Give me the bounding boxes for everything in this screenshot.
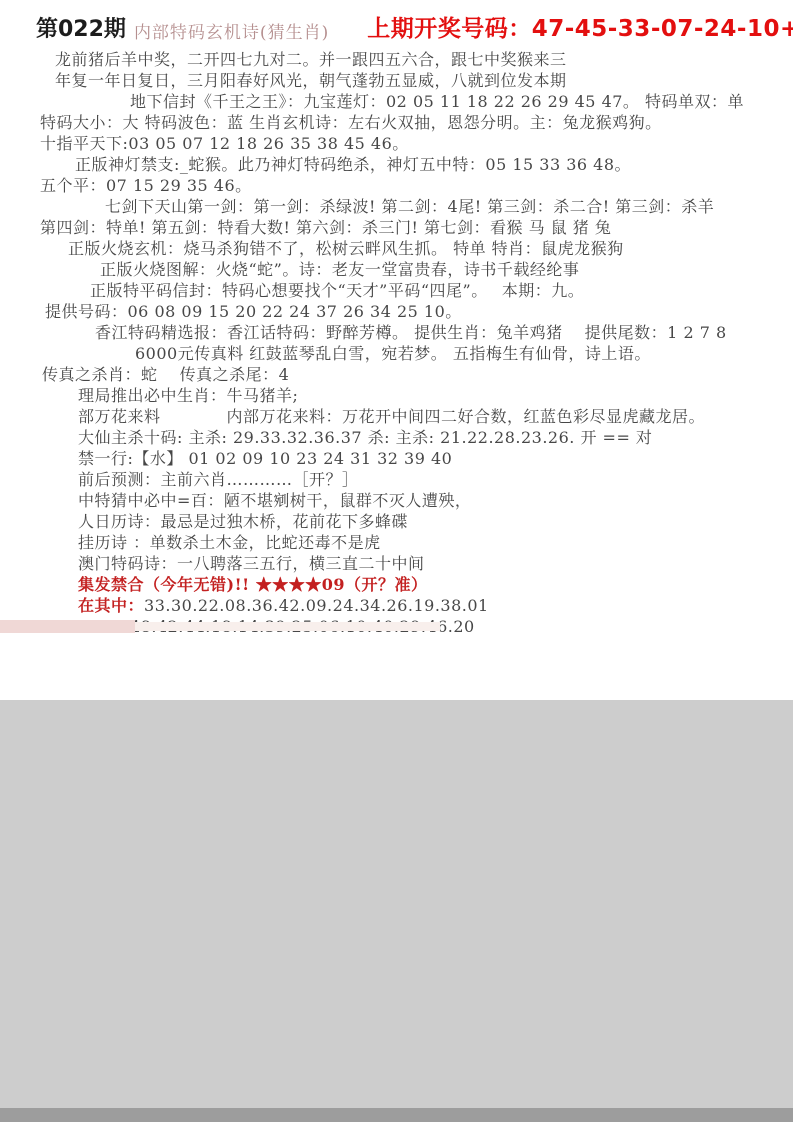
text-line: 正版火烧图解：火烧“蛇”。诗：老友一堂富贵春，诗书千载经纶事 [0,259,793,280]
lottery-tip-sheet: 第022期 内部特码玄机诗(猜生肖) 上期开奖号码：47-45-33-07-24… [0,0,793,1122]
text-line: 中特猜中必中=百：陋不堪剜树干，鼠群不灭人遭殃， [0,490,793,511]
text-line: 大仙主杀十码: 主杀: 29.33.32.36.37 杀: 主杀: 21.22.… [0,427,793,448]
text-line: 正版火烧玄机：烧马杀狗错不了，松树云畔风生抓。 特单 特肖：鼠虎龙猴狗 [0,238,793,259]
text-line: 十指平天下:03 05 07 12 18 26 35 38 45 46。 [0,133,793,154]
text-line: 正版特平码信封：特码心想要找个“天才”平码“四尾”。 本期：九。 [0,280,793,301]
bottom-edge-strip [0,1108,793,1122]
text-line: 特码大小：大 特码波色：蓝 生肖玄机诗：左右火双抽，恩怨分明。主：兔龙猴鸡狗。 [0,112,793,133]
text-line: 理局推出必中生肖：牛马猪羊; [0,385,793,406]
text-line: 地下信封《千王之王》：九宝莲灯：02 05 11 18 22 26 29 45 … [0,91,793,112]
body-lines: 龙前猪后羊中奖，二开四七九对二。并一跟四五六合，跟七中奖猴来三年复一年日复日，三… [0,49,793,637]
in-list-label: 在其中： [78,596,144,615]
last-draw-label: 上期开奖号码： [367,16,532,42]
text-line: 在其中：33.30.22.08.36.42.09.24.34.26.19.38.… [0,595,793,616]
line-text: 33.30.22.08.36.42.09.24.34.26.19.38.01 [144,596,489,615]
sheet-subtitle: 内部特码玄机诗(猜生肖) [134,18,329,43]
issue-number: 第022期 [36,12,126,43]
last-draw-results: 上期开奖号码：47-45-33-07-24-10+42 [367,10,793,43]
text-line: 集发禁合（今年无错)!! ★★★★09（开？准） [0,574,793,595]
text-line: 第四剑：特单! 第五剑：特看大数! 第六剑：杀三门! 第七剑：看猴 马 鼠 猪 … [0,217,793,238]
text-line: 年复一年日复日，三月阳春好风光，朝气蓬勃五显威，八就到位发本期 [0,70,793,91]
text-line: 部万花来料 内部万花来料：万花开中间四二好合数，红蓝色彩尽显虎藏龙居。 [0,406,793,427]
text-line: 挂历诗 ：单数杀土木金，比蛇还毒不是虎 [0,532,793,553]
text-line: 提供号码：06 08 09 15 20 22 24 37 26 34 25 10… [0,301,793,322]
text-line: 澳门特码诗：一八聘落三五行，横三直二十中间 [0,553,793,574]
text-line: 前后预测：主前六肖…………［开？］ [0,469,793,490]
text-line: 6000元传真料 红鼓蓝琴乱白雪，宛若梦。 五指梅生有仙骨，诗上语。 [0,343,793,364]
pink-decorative-strip-faint [135,622,440,631]
sheet-header: 第022期 内部特码玄机诗(猜生肖) 上期开奖号码：47-45-33-07-24… [0,0,793,47]
text-line: 禁一行:【水】 01 02 09 10 23 24 31 32 39 40 [0,448,793,469]
last-draw-numbers: 47-45-33-07-24-10+42 [532,16,793,42]
text-line: 龙前猪后羊中奖，二开四七九对二。并一跟四五六合，跟七中奖猴来三 [0,49,793,70]
bottom-gray-area [0,700,793,1108]
text-line: 人日历诗：最忌是过独木桥，花前花下多蜂碟 [0,511,793,532]
text-line: 正版神灯禁支:_蛇猴。此乃神灯特码绝杀，神灯五中特：05 15 33 36 48… [0,154,793,175]
text-line: 香江特码精选报：香江话特码：野醉芳樽。 提供生肖：兔羊鸡猪 提供尾数：1 2 7… [0,322,793,343]
text-line: 七剑下天山第一剑：第一剑：杀绿波! 第二剑：4尾! 第三剑：杀二合! 第三剑：杀… [0,196,793,217]
text-line: 五个平：07 15 29 35 46。 [0,175,793,196]
pink-decorative-strip [0,620,135,633]
text-line: 传真之杀肖：蛇 传真之杀尾：4 [0,364,793,385]
